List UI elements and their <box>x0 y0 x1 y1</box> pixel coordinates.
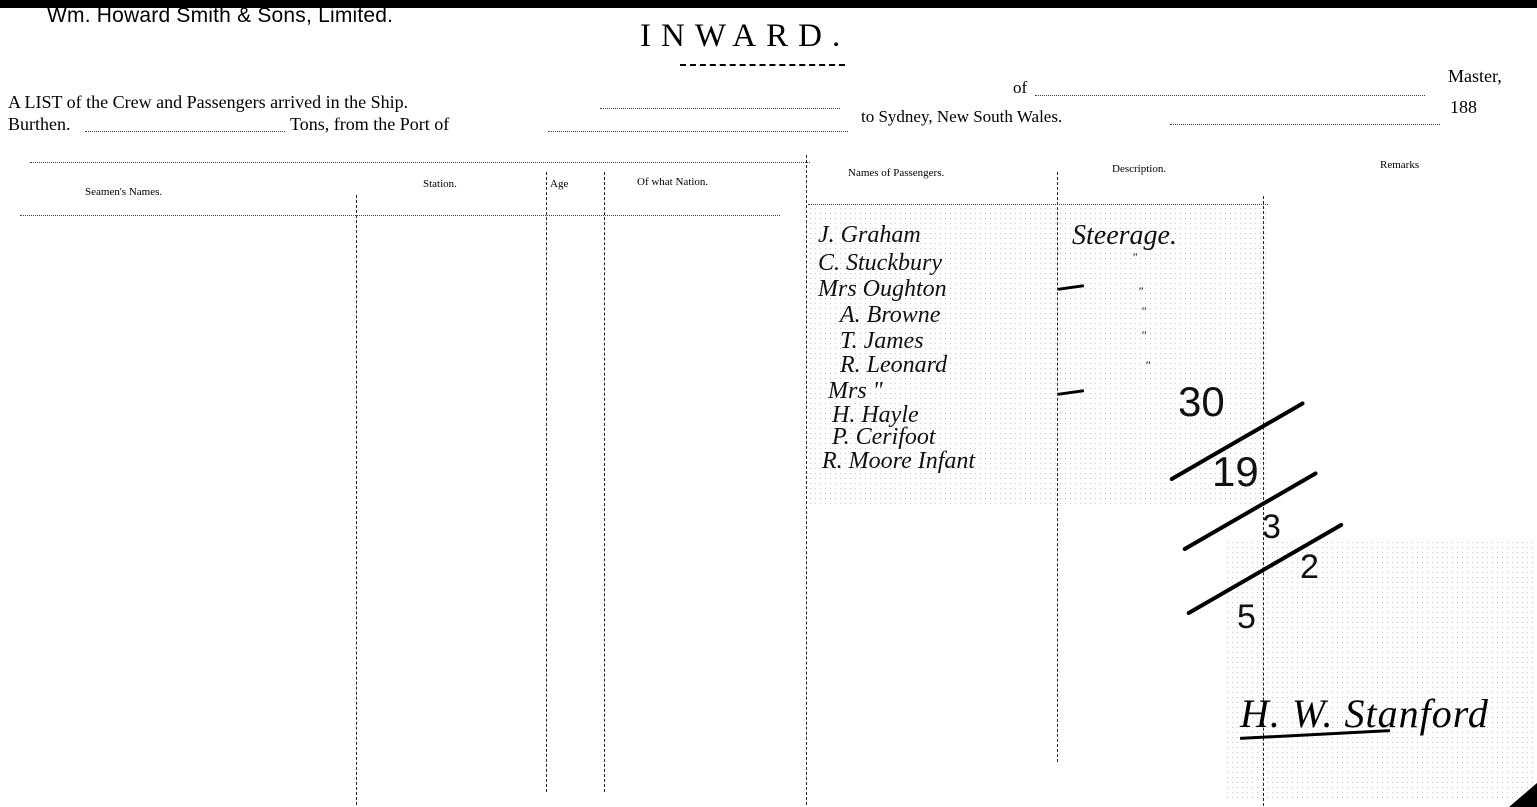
passenger-name: J. Graham <box>818 222 921 249</box>
crew-header-rule <box>20 215 780 216</box>
passenger-name: C. Stuckbury <box>818 250 942 277</box>
document-title: INWARD. <box>640 18 850 55</box>
col-nation: Of what Nation. <box>637 176 708 188</box>
ditto-mark: " <box>1141 304 1146 319</box>
passenger-description: Steerage. <box>1072 220 1177 252</box>
master-name-blank <box>1035 95 1425 96</box>
passenger-name: T. James <box>840 328 924 355</box>
heading-list-of-crew: A LIST of the Crew and Passengers arrive… <box>8 92 408 113</box>
ditto-mark: " <box>1138 284 1143 299</box>
passenger-name: P. Cerifoot <box>832 424 936 451</box>
table-top-rule <box>30 162 810 163</box>
ship-name-blank <box>600 108 840 109</box>
col-age: Age <box>550 178 568 190</box>
of-label: of <box>1013 78 1027 98</box>
passenger-name: R. Moore Infant <box>822 448 975 475</box>
passenger-name: Mrs " <box>828 378 883 405</box>
tally-number: 5 <box>1237 598 1256 637</box>
destination-label: to Sydney, New South Wales. <box>861 107 1062 127</box>
burthen-label: Burthen. <box>8 114 71 135</box>
tally-number: 2 <box>1300 548 1319 587</box>
tally-number: 19 <box>1212 448 1259 496</box>
year-prefix: 188 <box>1450 97 1477 118</box>
ditto-mark: " <box>1145 358 1150 373</box>
passenger-left-border <box>806 155 807 805</box>
tally-number: 30 <box>1178 378 1225 426</box>
date-blank <box>1170 124 1440 125</box>
ditto-mark: " <box>1132 250 1137 265</box>
master-label: Master, <box>1448 66 1502 87</box>
passenger-name: Mrs Oughton <box>818 276 947 303</box>
crew-col-divider-3 <box>604 172 605 792</box>
col-remarks: Remarks <box>1380 159 1419 171</box>
col-station: Station. <box>423 178 457 190</box>
ditto-mark: " <box>1141 328 1146 343</box>
tally-number: 3 <box>1262 508 1281 547</box>
col-seamens-names: Seamen's Names. <box>85 186 162 198</box>
title-underline <box>680 64 845 66</box>
burthen-blank <box>85 131 285 132</box>
scan-corner-fold <box>1509 783 1537 807</box>
passenger-header-rule <box>808 204 1268 205</box>
col-passenger-names: Names of Passengers. <box>848 167 944 179</box>
company-name: Wm. Howard Smith & Sons, Limited. <box>47 4 393 28</box>
scan-noise <box>1225 540 1537 800</box>
passenger-name: A. Browne <box>840 302 940 329</box>
port-blank <box>548 131 848 132</box>
tons-from-port-label: Tons, from the Port of <box>290 114 449 135</box>
crew-col-divider-2 <box>546 172 547 792</box>
passenger-name: R. Leonard <box>840 352 947 379</box>
crew-col-divider-1 <box>356 195 357 805</box>
col-description: Description. <box>1112 163 1166 175</box>
